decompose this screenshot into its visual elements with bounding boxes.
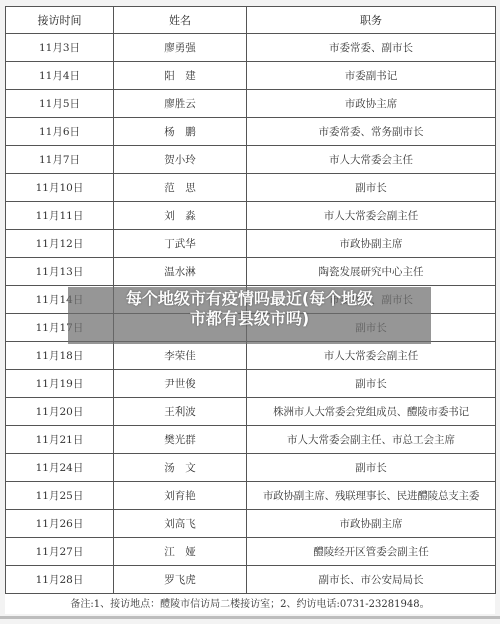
cell-duty: 副市长 — [247, 174, 496, 202]
table-row: 11月26日刘高飞市政协副主席 — [6, 510, 496, 538]
table-row: 11月7日贺小玲市人大常委会主任 — [6, 146, 496, 174]
cell-date: 11月27日 — [6, 538, 114, 566]
cell-date: 11月20日 — [6, 398, 114, 426]
cell-name: 温水淋 — [114, 258, 247, 286]
cell-date: 11月24日 — [6, 454, 114, 482]
cell-duty: 株洲市人大常委会党组成员、醴陵市委书记 — [247, 398, 496, 426]
cell-name: 李荣佳 — [114, 342, 247, 370]
cell-name: 汤 文 — [114, 454, 247, 482]
cell-name: 刘 淼 — [114, 202, 247, 230]
table-row: 11月3日廖勇强市委常委、副市长 — [6, 34, 496, 62]
cell-date: 11月6日 — [6, 118, 114, 146]
cell-name: 罗飞虎 — [114, 566, 247, 594]
table-row: 11月28日罗飞虎副市长、市公安局局长 — [6, 566, 496, 594]
cell-date: 11月19日 — [6, 370, 114, 398]
table-row: 11月13日温水淋陶瓷发展研究中心主任 — [6, 258, 496, 286]
cell-date: 11月12日 — [6, 230, 114, 258]
cell-name: 尹世俊 — [114, 370, 247, 398]
cell-date: 11月21日 — [6, 426, 114, 454]
cell-duty: 市政协主席 — [247, 90, 496, 118]
table-row: 11月5日廖胜云市政协主席 — [6, 90, 496, 118]
cell-name: 王利波 — [114, 398, 247, 426]
table-row: 11月12日丁武华市政协副主席 — [6, 230, 496, 258]
cell-name: 刘育艳 — [114, 482, 247, 510]
cell-name: 廖胜云 — [114, 90, 247, 118]
header-date: 接访时间 — [6, 7, 114, 34]
cell-name: 樊光群 — [114, 426, 247, 454]
cell-name: 贺小玲 — [114, 146, 247, 174]
cell-duty: 市人大常委会副主任 — [247, 342, 496, 370]
cell-date: 11月18日 — [6, 342, 114, 370]
cell-date: 11月13日 — [6, 258, 114, 286]
table-row: 11月10日范 思副市长 — [6, 174, 496, 202]
table-row: 11月27日江 娅醴陵经开区管委会副主任 — [6, 538, 496, 566]
footnote: 备注:1、接访地点：醴陵市信访局二楼接访室；2、约访电话:0731-232819… — [5, 597, 495, 613]
cell-date: 11月11日 — [6, 202, 114, 230]
cell-duty: 市委常委、常务副市长 — [247, 118, 496, 146]
table-header-row: 接访时间 姓名 职务 — [6, 7, 496, 34]
table-row: 11月6日杨 鹏市委常委、常务副市长 — [6, 118, 496, 146]
cell-date: 11月28日 — [6, 566, 114, 594]
table-row: 11月21日樊光群市人大常委会副主任、市总工会主席 — [6, 426, 496, 454]
cell-duty: 市政协副主席 — [247, 230, 496, 258]
cell-date: 11月26日 — [6, 510, 114, 538]
header-name: 姓名 — [114, 7, 247, 34]
cell-date: 11月25日 — [6, 482, 114, 510]
cell-duty: 市人大常委会主任 — [247, 146, 496, 174]
cell-duty: 副市长、市公安局局长 — [247, 566, 496, 594]
overlay-title-line-1: 每个地级市有疫情吗最近(每个地级 — [68, 289, 431, 309]
table-row: 11月4日阳 建市委副书记 — [6, 62, 496, 90]
cell-duty: 市政协副主席、残联理事长、民进醴陵总支主委 — [247, 482, 496, 510]
cell-name: 范 思 — [114, 174, 247, 202]
cell-date: 11月4日 — [6, 62, 114, 90]
cell-name: 廖勇强 — [114, 34, 247, 62]
bottom-divider — [0, 616, 500, 619]
cell-duty: 市委副书记 — [247, 62, 496, 90]
cell-name: 杨 鹏 — [114, 118, 247, 146]
cell-duty: 陶瓷发展研究中心主任 — [247, 258, 496, 286]
cell-duty: 醴陵经开区管委会副主任 — [247, 538, 496, 566]
cell-date: 11月3日 — [6, 34, 114, 62]
cell-date: 11月7日 — [6, 146, 114, 174]
table-row: 11月11日刘 淼市人大常委会副主任 — [6, 202, 496, 230]
table-row: 11月20日王利波株洲市人大常委会党组成员、醴陵市委书记 — [6, 398, 496, 426]
overlay-title-line-2: 市都有县级市吗) — [68, 309, 431, 329]
table-row: 11月25日刘育艳市政协副主席、残联理事长、民进醴陵总支主委 — [6, 482, 496, 510]
cell-name: 阳 建 — [114, 62, 247, 90]
cell-date: 11月5日 — [6, 90, 114, 118]
cell-duty: 市人大常委会副主任、市总工会主席 — [247, 426, 496, 454]
table-row: 11月19日尹世俊副市长 — [6, 370, 496, 398]
cell-duty: 市人大常委会副主任 — [247, 202, 496, 230]
cell-date: 11月10日 — [6, 174, 114, 202]
cell-duty: 市政协副主席 — [247, 510, 496, 538]
cell-duty: 副市长 — [247, 370, 496, 398]
table-row: 11月24日汤 文副市长 — [6, 454, 496, 482]
cell-name: 丁武华 — [114, 230, 247, 258]
cell-name: 江 娅 — [114, 538, 247, 566]
cell-duty: 副市长 — [247, 454, 496, 482]
cell-duty: 市委常委、副市长 — [247, 34, 496, 62]
header-duty: 职务 — [247, 7, 496, 34]
cell-name: 刘高飞 — [114, 510, 247, 538]
table-row: 11月18日李荣佳市人大常委会副主任 — [6, 342, 496, 370]
title-overlay-banner: 每个地级市有疫情吗最近(每个地级 市都有县级市吗) — [68, 287, 431, 344]
